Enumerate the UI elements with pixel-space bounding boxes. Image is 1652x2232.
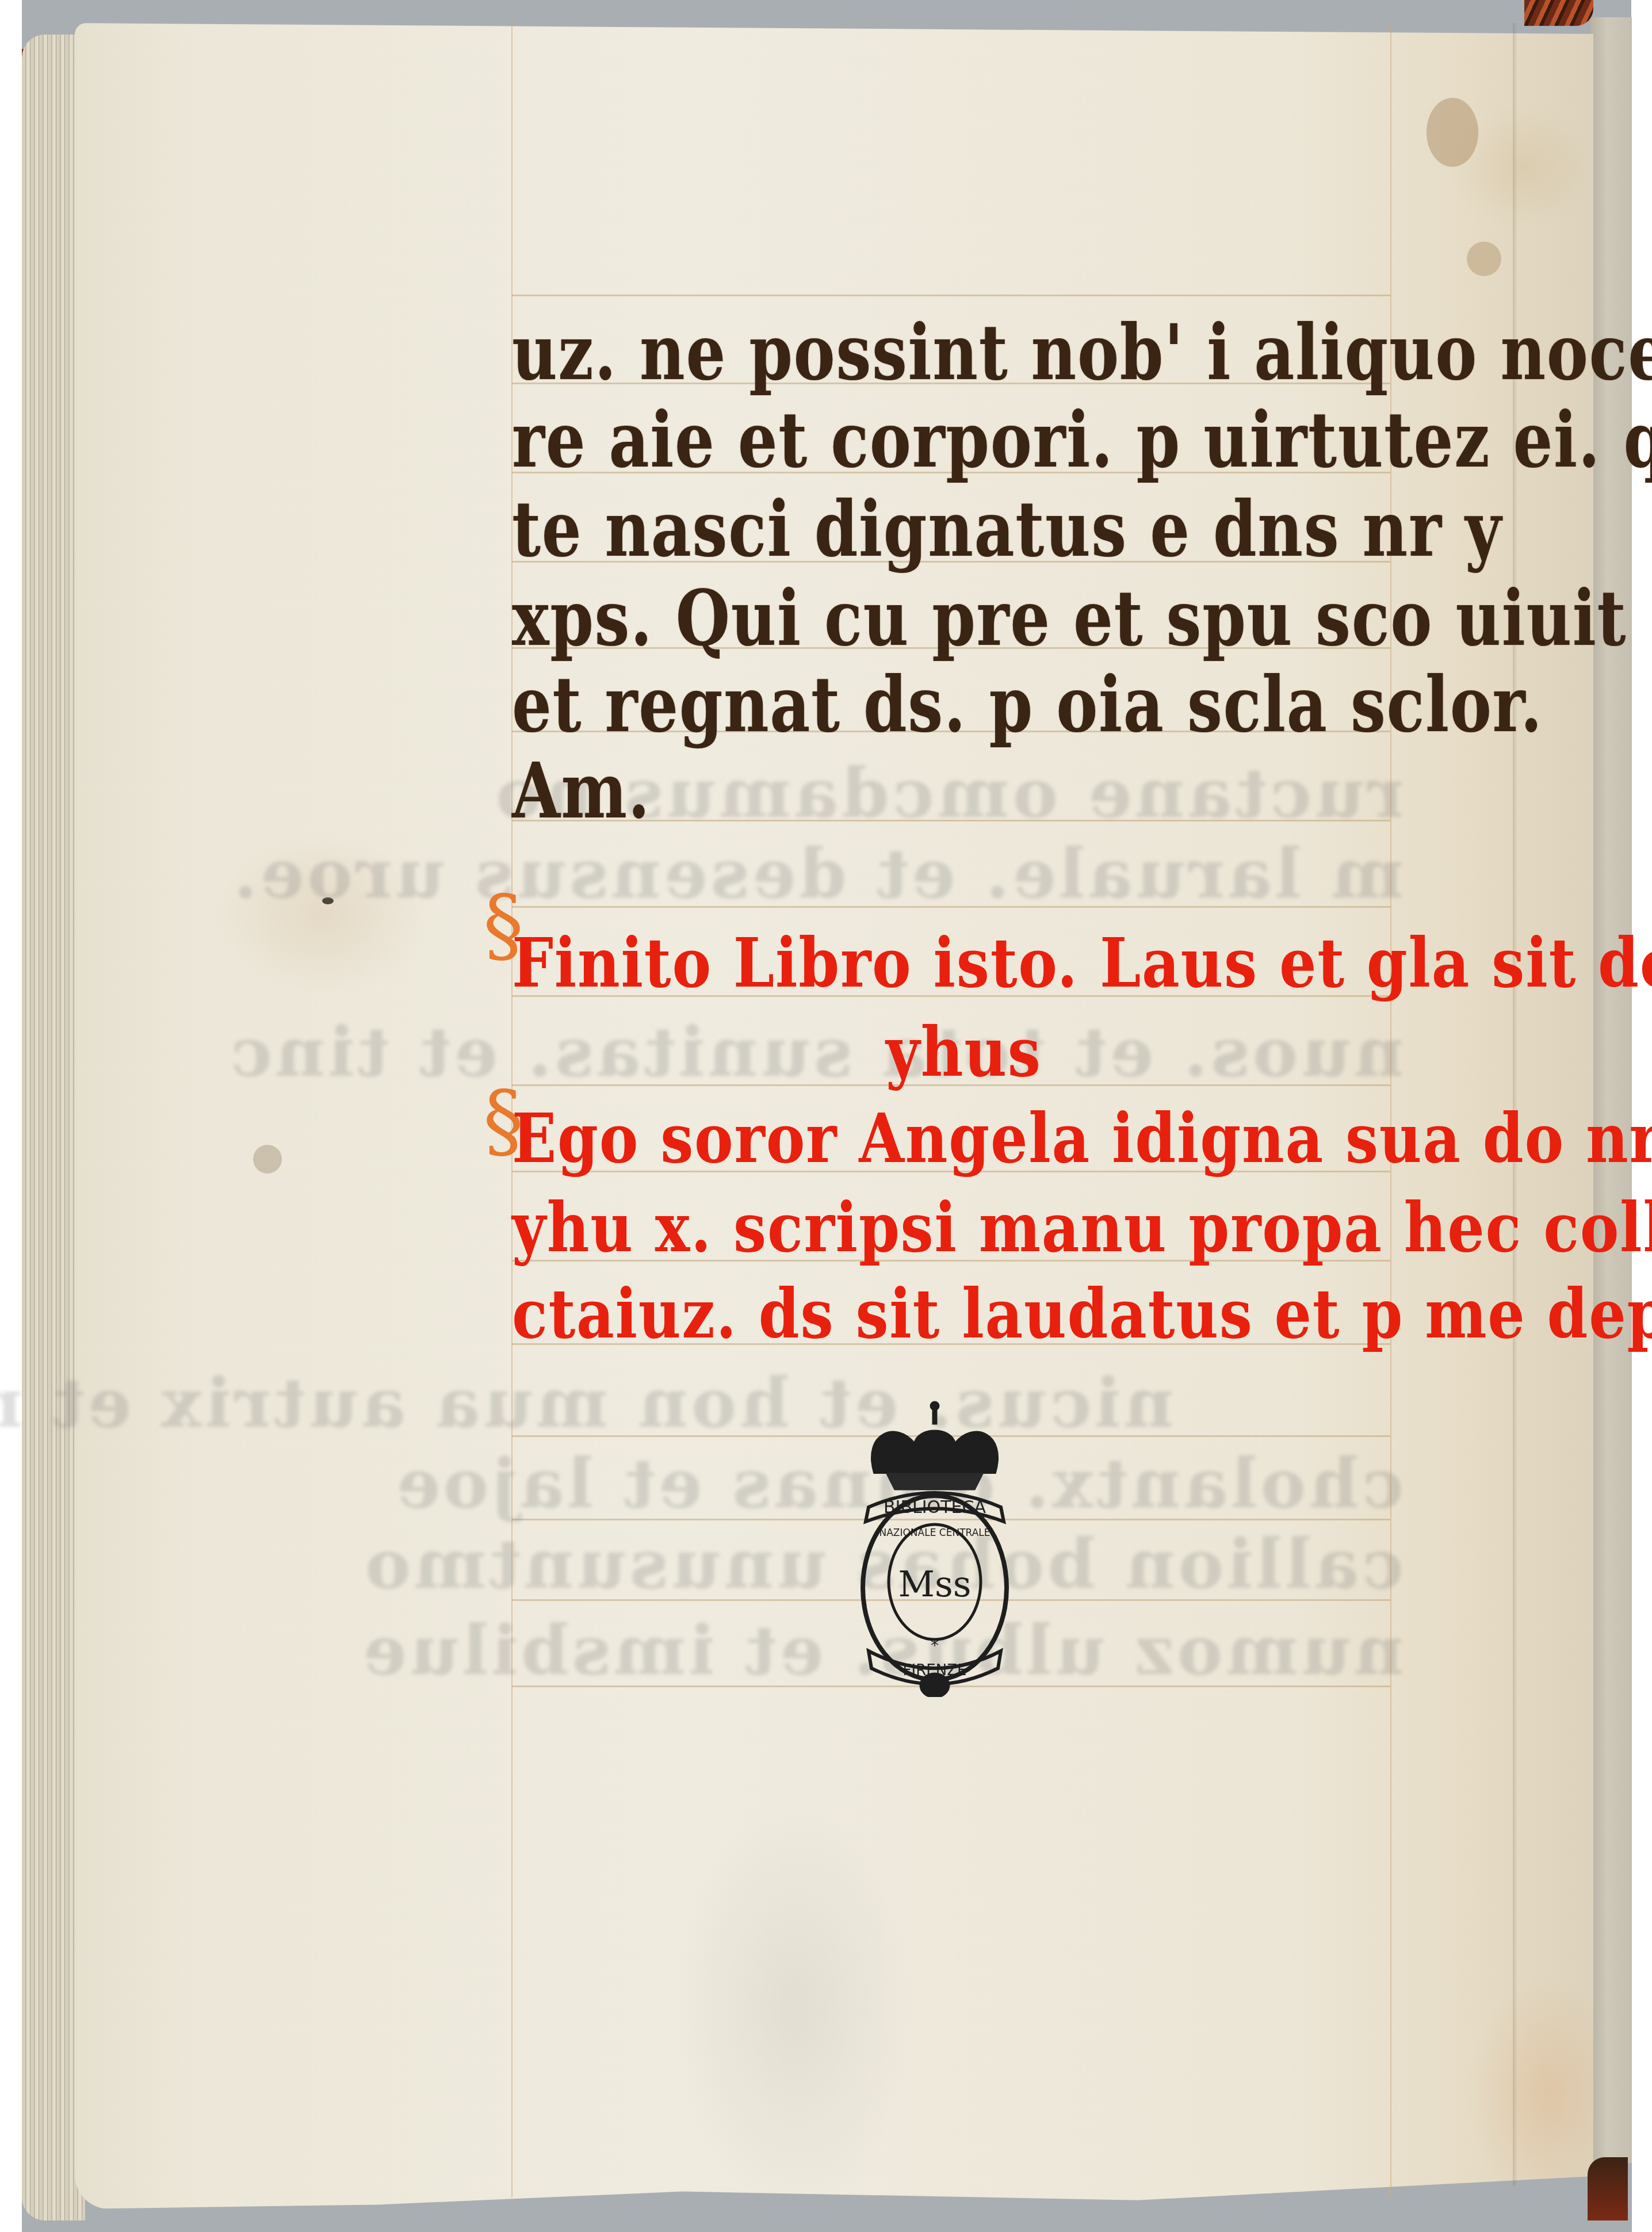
ruling-line: [512, 295, 1390, 296]
colophon-line-3: yhu x. scripsi manu propa hec colle: [512, 1194, 1652, 1262]
main-text-line-3: te nasci dignatus e dns nr y: [512, 492, 1502, 568]
stain-mark: [1467, 242, 1501, 276]
stamp-star: *: [931, 1636, 939, 1655]
stamp-top-band: BIBLIOTECA: [884, 1497, 986, 1518]
stamp-bottom-band: FIRENZE: [903, 1662, 967, 1679]
main-text-line-2: re aie et corpori. p uirtutez ei. q ex: [512, 403, 1652, 479]
colophon-line-2: Ego soror Angela idigna sua do nri: [512, 1104, 1652, 1172]
stain-mark: [253, 1145, 282, 1174]
library-stamp-icon: BIBLIOTECA NAZIONALE CENTRALE Mss * FIRE…: [851, 1398, 1018, 1697]
colophon-line-1: Finito Libro isto. Laus et gla sit do yh…: [512, 929, 1652, 997]
headband-icon: [1524, 0, 1593, 26]
showthrough-line: nicus. et hon mua autrix et nob.: [276, 1369, 1173, 1437]
main-text-line-1: uz. ne possint nob' i aliquo noce: [512, 315, 1652, 391]
stamp-ring-text: NAZIONALE CENTRALE: [879, 1527, 990, 1539]
colophon-line-4: ctaiuz. ds sit laudatus et p me depcat.: [512, 1280, 1652, 1348]
main-text-line-4: xps. Qui cu pre et spu sco uiuit: [512, 581, 1627, 657]
stain-mark: [1427, 98, 1478, 167]
main-text-line-6: Am.: [512, 754, 651, 830]
stamp-center: Mss: [898, 1563, 971, 1605]
main-text-line-5: et regnat ds. p oia scla sclor.: [512, 667, 1543, 743]
showthrough-line: m laruale. et desensus uroe.: [506, 840, 1404, 908]
colophon-line-yhus: yhus: [886, 1018, 1042, 1086]
endband-icon: [1588, 2157, 1628, 2220]
